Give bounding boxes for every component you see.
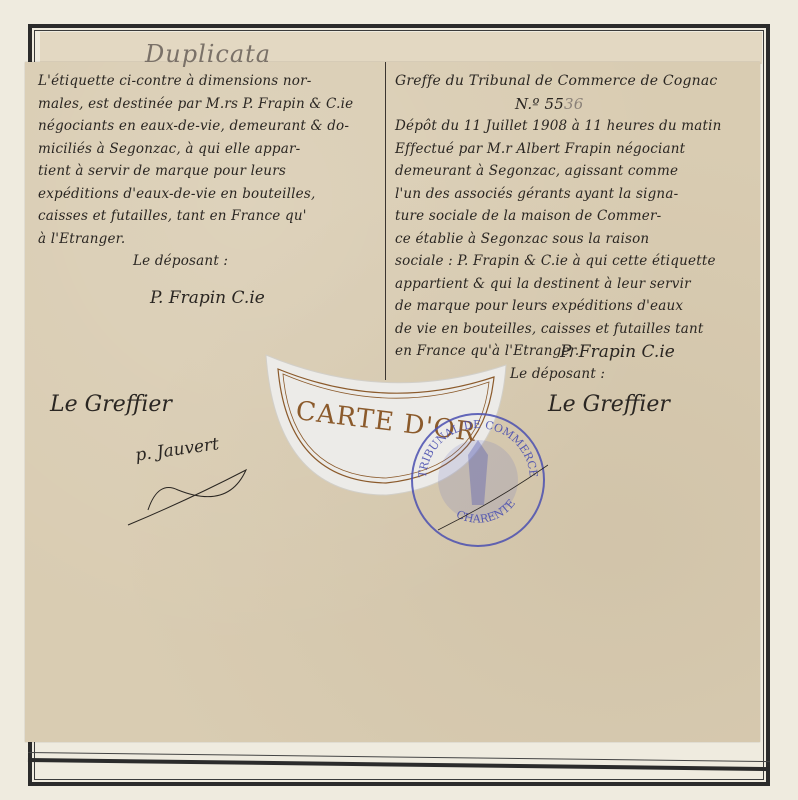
right-depositor-signature: P. Frapin C.ie — [560, 342, 675, 362]
column-divider — [385, 62, 386, 380]
right-column: Greffe du Tribunal de Commerce de Cognac… — [395, 70, 755, 385]
right-line: sociale : P. Frapin & C.ie à qui cette é… — [395, 250, 755, 273]
duplicata-header: Duplicata — [145, 40, 271, 68]
left-line: à l'Etranger. — [38, 228, 378, 251]
right-line: appartient & qui la destinent à leur ser… — [395, 273, 755, 296]
signature-flourish — [118, 440, 258, 530]
right-line: de vie en bouteilles, caisses et futaill… — [395, 318, 755, 341]
left-column: L'étiquette ci-contre à dimensions nor- … — [38, 70, 378, 273]
right-line: Dépôt du 11 Juillet 1908 à 11 heures du … — [395, 115, 755, 138]
right-line: demeurant à Segonzac, agissant comme — [395, 160, 755, 183]
right-line: ce établie à Segonzac sous la raison — [395, 228, 755, 251]
left-line: L'étiquette ci-contre à dimensions nor- — [38, 70, 378, 93]
right-line: l'un des associés gérants ayant la signa… — [395, 183, 755, 206]
left-line: expéditions d'eaux-de-vie en bouteilles, — [38, 183, 378, 206]
right-clerk-label: Le Greffier — [548, 392, 670, 417]
left-line: miciliés à Segonzac, à qui elle appar- — [38, 138, 378, 161]
left-depositor-label: Le déposant : — [38, 250, 378, 273]
right-line: Effectué par M.r Albert Frapin négociant — [395, 138, 755, 161]
left-line: tient à servir de marque pour leurs — [38, 160, 378, 183]
right-line: de marque pour leurs expéditions d'eaux — [395, 295, 755, 318]
registration-number: N.º 5536 — [395, 93, 755, 116]
left-depositor-signature: P. Frapin C.ie — [150, 288, 265, 308]
pencil-number: 36 — [564, 95, 584, 113]
tribunal-seal-stamp: TRIBUNAL DE COMMERCE DE COGNAC CHARENTE — [408, 410, 548, 550]
left-line: négociants en eaux-de-vie, demeurant & d… — [38, 115, 378, 138]
left-line: caisses et futailles, tant en France qu' — [38, 205, 378, 228]
left-line: males, est destinée par M.rs P. Frapin &… — [38, 93, 378, 116]
left-clerk-label: Le Greffier — [50, 392, 172, 417]
right-line: ture sociale de la maison de Commer- — [395, 205, 755, 228]
registry-heading: Greffe du Tribunal de Commerce de Cognac — [395, 70, 755, 93]
